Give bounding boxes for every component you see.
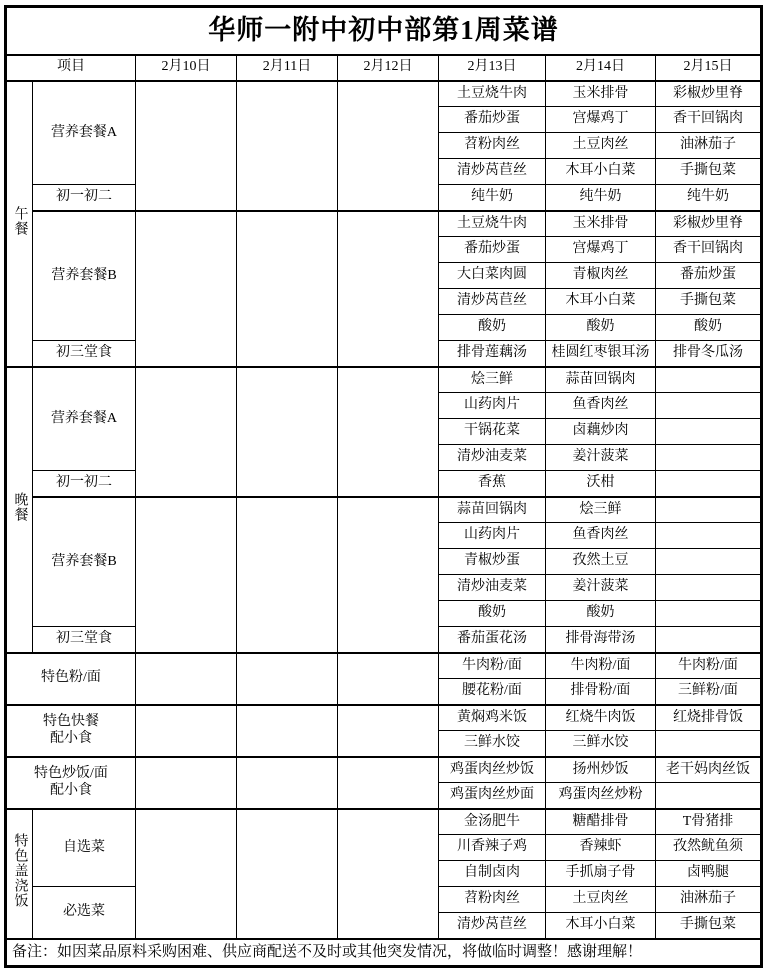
sub-group-label: 初一初二 <box>33 471 136 497</box>
dish-cell: 姜汁菠菜 <box>546 575 656 601</box>
dish-cell: 桂圆红枣银耳汤 <box>546 341 656 367</box>
empty-cell <box>237 809 338 939</box>
dish-cell: 鸡蛋肉丝炒饭 <box>439 757 546 783</box>
empty-cell <box>338 757 439 809</box>
dish-cell: 孜然鱿鱼须 <box>656 835 762 861</box>
dish-cell: 蒜苗回锅肉 <box>439 497 546 523</box>
dish-cell: 孜然土豆 <box>546 549 656 575</box>
empty-cell <box>338 705 439 757</box>
section-label-ricebowl-text: 特色盖浇饭 <box>13 833 27 908</box>
dish-cell: 三鲜水饺 <box>439 731 546 757</box>
dish-cell <box>656 471 762 497</box>
section-label-noodles: 特色粉/面 <box>6 653 136 705</box>
empty-cell <box>136 367 237 497</box>
dish-cell <box>656 601 762 627</box>
dish-cell: 清炒油麦菜 <box>439 575 546 601</box>
dish-cell: 鸡蛋肉丝炒粉 <box>546 783 656 809</box>
dish-cell: 苕粉肉丝 <box>439 133 546 159</box>
dish-cell <box>656 575 762 601</box>
sub-group-label: 初三堂食 <box>33 627 136 653</box>
dish-cell: 酸奶 <box>656 315 762 341</box>
dish-cell: 姜汁菠菜 <box>546 445 656 471</box>
group-label-dinner-a: 营养套餐A <box>33 367 136 471</box>
dish-cell: 番茄炒蛋 <box>439 107 546 133</box>
dish-cell: 香干回锅肉 <box>656 237 762 263</box>
date-header: 2月13日 <box>439 55 546 81</box>
dish-cell: 排骨粉/面 <box>546 679 656 705</box>
dish-cell: 土豆烧牛肉 <box>439 211 546 237</box>
dish-cell: 酸奶 <box>439 601 546 627</box>
empty-cell <box>136 757 237 809</box>
date-header: 2月12日 <box>338 55 439 81</box>
dish-cell: 清炒莴苣丝 <box>439 289 546 315</box>
empty-cell <box>338 809 439 939</box>
dish-cell: 三鲜水饺 <box>546 731 656 757</box>
dish-cell: 香辣虾 <box>546 835 656 861</box>
dish-cell: 青椒肉丝 <box>546 263 656 289</box>
dish-cell: 金汤肥牛 <box>439 809 546 835</box>
dinner-meal-label-text: 晚餐 <box>13 492 27 522</box>
dish-cell: 宫爆鸡丁 <box>546 107 656 133</box>
dish-cell: 酸奶 <box>439 315 546 341</box>
empty-cell <box>136 497 237 653</box>
dish-cell: 鱼香肉丝 <box>546 523 656 549</box>
dish-cell: 油淋茄子 <box>656 887 762 913</box>
dish-cell: 酸奶 <box>546 315 656 341</box>
dish-cell: 苕粉肉丝 <box>439 887 546 913</box>
empty-cell <box>338 653 439 705</box>
dish-cell <box>656 549 762 575</box>
dish-cell <box>656 445 762 471</box>
dish-cell: 玉米排骨 <box>546 211 656 237</box>
date-header: 2月11日 <box>237 55 338 81</box>
dish-cell: 烩三鲜 <box>546 497 656 523</box>
dish-cell: 排骨莲藕汤 <box>439 341 546 367</box>
dish-cell <box>656 783 762 809</box>
dish-cell: 香蕉 <box>439 471 546 497</box>
dish-cell: 青椒炒蛋 <box>439 549 546 575</box>
dish-cell: 木耳小白菜 <box>546 159 656 185</box>
dish-cell: 清炒莴苣丝 <box>439 159 546 185</box>
dish-cell: 红烧排骨饭 <box>656 705 762 731</box>
dish-cell: 手撕包菜 <box>656 159 762 185</box>
lunch-meal-label: 午餐 <box>6 81 33 367</box>
empty-cell <box>338 367 439 497</box>
dish-cell <box>656 731 762 757</box>
dish-cell: 烩三鲜 <box>439 367 546 393</box>
dish-cell: 大白菜肉圆 <box>439 263 546 289</box>
dinner-meal-label: 晚餐 <box>6 367 33 653</box>
dish-cell: 番茄蛋花汤 <box>439 627 546 653</box>
group-label-lunch-b: 营养套餐B <box>33 211 136 341</box>
empty-cell <box>136 211 237 367</box>
empty-cell <box>237 757 338 809</box>
empty-cell <box>237 81 338 211</box>
group-label-lunch-a: 营养套餐A <box>33 81 136 185</box>
dish-cell: 木耳小白菜 <box>546 913 656 939</box>
header-item-label: 项目 <box>6 55 136 81</box>
menu-table: 华师一附中初中部第1周菜谱 项目 2月10日 2月11日 2月12日 2月13日… <box>4 5 763 968</box>
empty-cell <box>136 81 237 211</box>
dish-cell <box>656 367 762 393</box>
sub-group-label: 初三堂食 <box>33 341 136 367</box>
footer-note: 备注：如因菜品原料采购困难、供应商配送不及时或其他突发情况，将做临时调整！感谢理… <box>6 939 762 967</box>
dish-cell: 纯牛奶 <box>546 185 656 211</box>
dish-cell: 蒜苗回锅肉 <box>546 367 656 393</box>
empty-cell <box>338 81 439 211</box>
dish-cell: 宫爆鸡丁 <box>546 237 656 263</box>
lunch-meal-label-text: 午餐 <box>13 206 27 236</box>
empty-cell <box>237 367 338 497</box>
dish-cell: 彩椒炒里脊 <box>656 81 762 107</box>
dish-cell: 香干回锅肉 <box>656 107 762 133</box>
dish-cell: 鱼香肉丝 <box>546 393 656 419</box>
section-label-ricebowl: 特色盖浇饭 <box>6 809 33 939</box>
dish-cell: 川香辣子鸡 <box>439 835 546 861</box>
dish-cell: 红烧牛肉饭 <box>546 705 656 731</box>
dish-cell: 排骨海带汤 <box>546 627 656 653</box>
date-header: 2月10日 <box>136 55 237 81</box>
sub-group-label: 初一初二 <box>33 185 136 211</box>
dish-cell: 番茄炒蛋 <box>656 263 762 289</box>
dish-cell: T骨猪排 <box>656 809 762 835</box>
page-title: 华师一附中初中部第1周菜谱 <box>6 7 762 55</box>
dish-cell: 清炒莴苣丝 <box>439 913 546 939</box>
dish-cell: 扬州炒饭 <box>546 757 656 783</box>
dish-cell: 纯牛奶 <box>439 185 546 211</box>
dish-cell: 玉米排骨 <box>546 81 656 107</box>
dish-cell: 干锅花菜 <box>439 419 546 445</box>
dish-cell: 卤鸭腿 <box>656 861 762 887</box>
dish-cell <box>656 523 762 549</box>
dish-cell: 土豆肉丝 <box>546 887 656 913</box>
dish-cell: 清炒油麦菜 <box>439 445 546 471</box>
dish-cell: 腰花粉/面 <box>439 679 546 705</box>
dish-cell: 糖醋排骨 <box>546 809 656 835</box>
dish-cell <box>656 497 762 523</box>
section-label-fastfood: 特色快餐 配小食 <box>6 705 136 757</box>
dish-cell: 排骨冬瓜汤 <box>656 341 762 367</box>
dish-cell: 自制卤肉 <box>439 861 546 887</box>
empty-cell <box>237 497 338 653</box>
dish-cell: 手撕包菜 <box>656 913 762 939</box>
menu-document: 华师一附中初中部第1周菜谱 项目 2月10日 2月11日 2月12日 2月13日… <box>0 5 770 968</box>
empty-cell <box>338 497 439 653</box>
group-label-optional: 自选菜 <box>33 809 136 887</box>
dish-cell: 黄焖鸡米饭 <box>439 705 546 731</box>
dish-cell: 土豆烧牛肉 <box>439 81 546 107</box>
empty-cell <box>338 211 439 367</box>
dish-cell: 牛肉粉/面 <box>439 653 546 679</box>
dish-cell: 牛肉粉/面 <box>546 653 656 679</box>
dish-cell: 山药肉片 <box>439 523 546 549</box>
date-header: 2月15日 <box>656 55 762 81</box>
empty-cell <box>136 705 237 757</box>
dish-cell: 老干妈肉丝饭 <box>656 757 762 783</box>
dish-cell: 三鲜粉/面 <box>656 679 762 705</box>
dish-cell <box>656 419 762 445</box>
dish-cell <box>656 627 762 653</box>
dish-cell: 手抓扇子骨 <box>546 861 656 887</box>
dish-cell: 鸡蛋肉丝炒面 <box>439 783 546 809</box>
empty-cell <box>136 809 237 939</box>
dish-cell: 沃柑 <box>546 471 656 497</box>
dish-cell: 纯牛奶 <box>656 185 762 211</box>
empty-cell <box>237 653 338 705</box>
section-label-friedrice: 特色炒饭/面 配小食 <box>6 757 136 809</box>
empty-cell <box>237 705 338 757</box>
group-label-dinner-b: 营养套餐B <box>33 497 136 627</box>
date-header: 2月14日 <box>546 55 656 81</box>
dish-cell: 油淋茄子 <box>656 133 762 159</box>
dish-cell: 彩椒炒里脊 <box>656 211 762 237</box>
dish-cell: 酸奶 <box>546 601 656 627</box>
dish-cell <box>656 393 762 419</box>
dish-cell: 番茄炒蛋 <box>439 237 546 263</box>
empty-cell <box>136 653 237 705</box>
dish-cell: 手撕包菜 <box>656 289 762 315</box>
group-label-required: 必选菜 <box>33 887 136 939</box>
empty-cell <box>237 211 338 367</box>
dish-cell: 卤藕炒肉 <box>546 419 656 445</box>
dish-cell: 木耳小白菜 <box>546 289 656 315</box>
dish-cell: 土豆肉丝 <box>546 133 656 159</box>
dish-cell: 山药肉片 <box>439 393 546 419</box>
dish-cell: 牛肉粉/面 <box>656 653 762 679</box>
